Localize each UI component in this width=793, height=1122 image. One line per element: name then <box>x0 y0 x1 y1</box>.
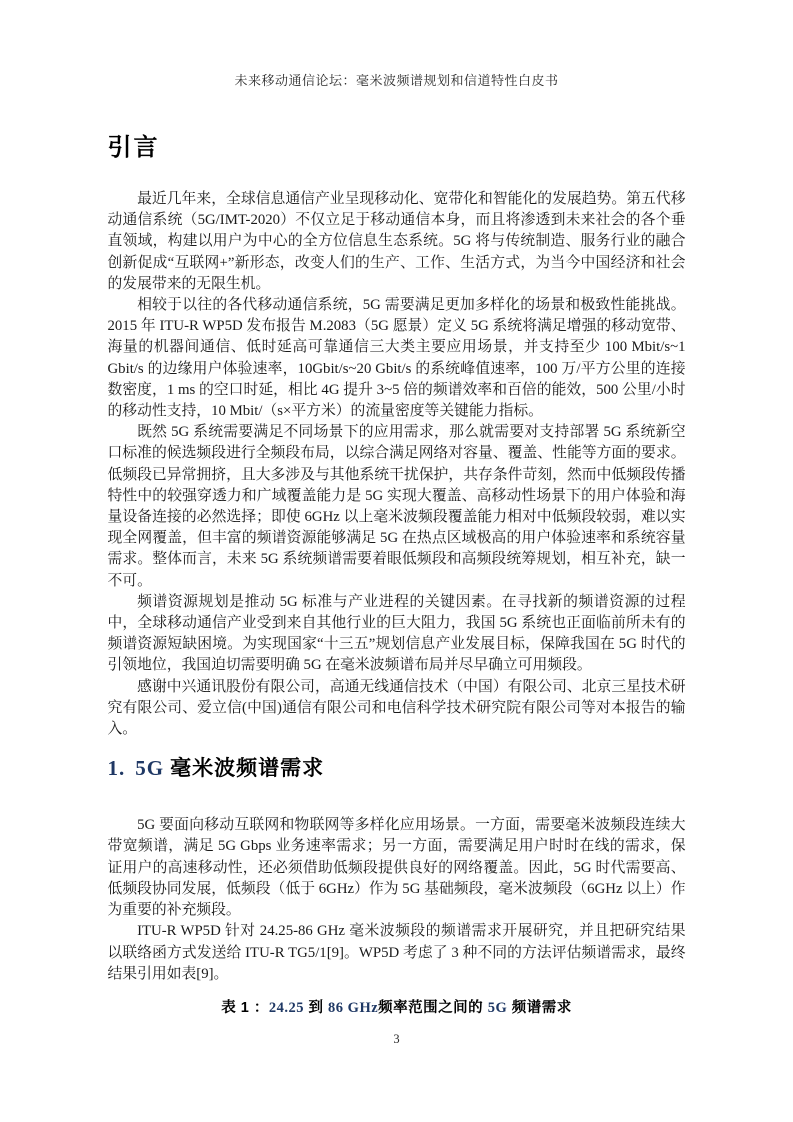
table-caption-label: 表 1 ： <box>221 1000 269 1016</box>
table-caption-tech: 5G <box>488 1000 508 1016</box>
section-1-heading: 1.5G毫米波频谱需求 <box>108 752 686 782</box>
table-caption-connector: 到 <box>304 1000 328 1016</box>
intro-paragraph-1: 最近几年来，全球信息通信产业呈现移动化、宽带化和智能化的发展趋势。第五代移动通信… <box>108 189 686 295</box>
intro-paragraph-5: 感谢中兴通讯股份有限公司，高通无线通信技术（中国）有限公司、北京三星技术研究有限… <box>108 677 686 741</box>
intro-paragraph-3: 既然 5G 系统需要满足不同场景下的应用需求，那么就需要对支持部署 5G 系统新… <box>108 422 686 592</box>
section-1-heading-latin: 5G <box>135 756 164 780</box>
section-1-heading-text: 毫米波频谱需求 <box>170 757 324 780</box>
table-caption-range-end: 86 GHz <box>328 1000 378 1016</box>
running-header: 未来移动通信论坛：毫米波频谱规划和信道特性白皮书 <box>0 0 793 89</box>
intro-paragraph-4: 频谱资源规划是推动 5G 标准与产业进程的关键因素。在寻找新的频谱资源的过程中，… <box>108 592 686 677</box>
document-page: { "page": { "running_header": "未来移动通信论坛：… <box>0 0 793 1122</box>
table-caption-range-start: 24.25 <box>269 1000 304 1016</box>
page-number: 3 <box>0 1032 793 1047</box>
section-1-paragraph-1: 5G 要面向移动互联网和物联网等多样化应用场景。一方面，需要毫米波频段连续大带宽… <box>108 815 686 921</box>
table-caption-middle: 频率范围之间的 <box>378 1000 488 1016</box>
section-1-paragraph-2: ITU-R WP5D 针对 24.25-86 GHz 毫米波频段的频谱需求开展研… <box>108 921 686 985</box>
table-caption-suffix: 频谱需求 <box>507 1000 572 1016</box>
intro-paragraph-2: 相较于以往的各代移动通信系统，5G 需要满足更加多样化的场景和极致性能挑战。20… <box>108 295 686 422</box>
section-1-number: 1. <box>108 756 126 780</box>
table-1-caption: 表 1 ：24.25 到 86 GHz频率范围之间的 5G 频谱需求 <box>108 996 686 1017</box>
intro-title: 引言 <box>108 127 686 162</box>
page-content: 引言 最近几年来，全球信息通信产业呈现移动化、宽带化和智能化的发展趋势。第五代移… <box>108 127 686 1017</box>
